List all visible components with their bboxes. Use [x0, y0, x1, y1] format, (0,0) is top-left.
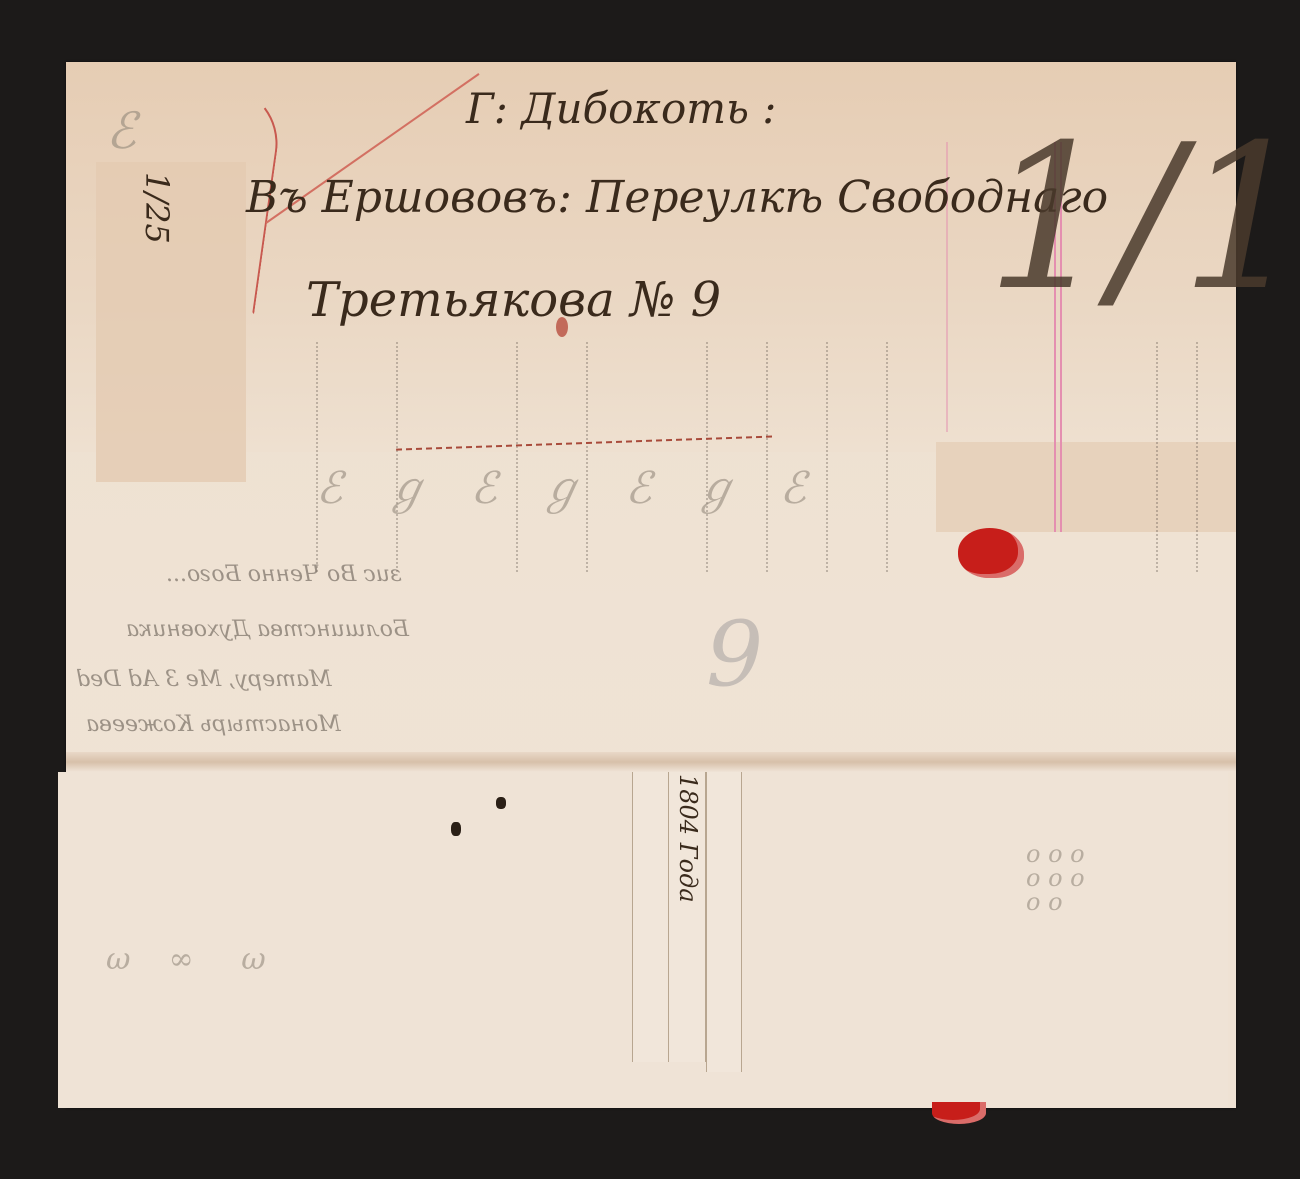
bleed-through-column: [886, 342, 908, 572]
mirror-text-line: Монастырь Кожеева: [86, 712, 341, 737]
bleed-through-column: [1196, 342, 1218, 572]
ink-blot: [451, 822, 461, 836]
bleed-through-column: [1156, 342, 1178, 572]
fold-strip: [632, 772, 670, 1062]
address-line-2: Въ Ершοвοвъ: Переулкѣ Свободнаго: [246, 172, 1108, 223]
red-wax-seal: [958, 528, 1024, 578]
manuscript-rate-right: 1/10: [986, 102, 1300, 335]
bleed-through-column: [826, 342, 848, 572]
ghost-script-lower: ω ∞ ω: [106, 942, 266, 977]
address-line-3: Третьякοва № 9: [306, 272, 721, 328]
address-line-1: Г: Дибоκοть :: [466, 84, 776, 133]
mirror-text-line: Болшинства Духовника: [126, 617, 409, 642]
red-wax-seal-bottom: [932, 1102, 986, 1124]
lower-numeral: 9: [706, 602, 763, 707]
fold-line: [66, 752, 1236, 772]
fold-strip: [706, 772, 742, 1072]
vertical-docket: 1804 Года: [674, 774, 702, 903]
ghost-script-lower: ο ο οο ο οο ο: [1026, 842, 1085, 914]
letter-sheet: ℰ ℊ ℰ ℊ ℰ ℊ ℰ ℰ Г: Дибоκοть : Въ Ершοвοв…: [66, 62, 1236, 1108]
manuscript-rate-left: 1/25: [138, 172, 176, 244]
mirror-text-line: зис Во Ченно Бого...: [166, 562, 402, 587]
ghost-script: ℰ ℊ ℰ ℊ ℰ ℊ ℰ: [316, 452, 806, 516]
red-wax-fleck: [556, 317, 568, 337]
ghost-script: ℰ: [106, 102, 136, 160]
mirror-text-line: Матеру, Me 3 Ad Ded: [76, 667, 332, 692]
right-flap: [936, 442, 1236, 532]
ink-blot: [496, 797, 506, 809]
